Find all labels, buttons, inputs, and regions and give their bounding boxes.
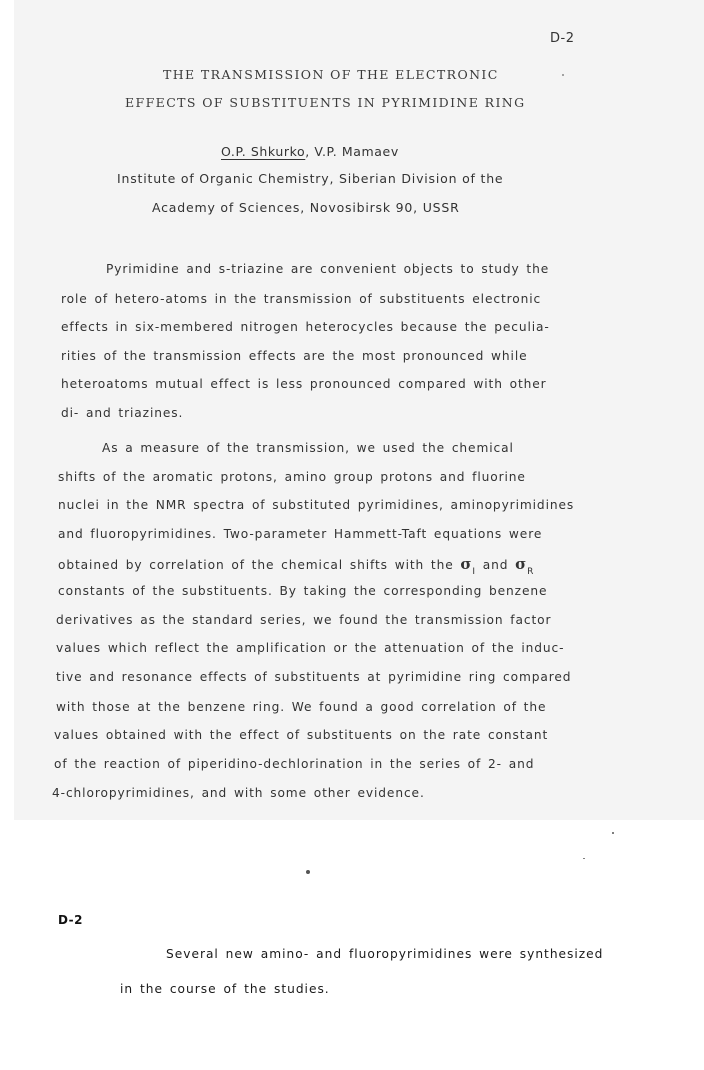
body-line: Pyrimidine and s-triazine are convenient… [106, 262, 549, 276]
lower-body-line: Several new amino- and fluoropyrimidines… [166, 947, 603, 961]
body-line-sigma: obtained by correlation of the chemical … [58, 555, 534, 577]
body-line: 4-chloropyrimidines, and with some other… [52, 786, 425, 800]
page-code-bottom: D-2 [58, 913, 83, 927]
second-author: V.P. Mamaev [314, 144, 398, 159]
body-line: effects in six-membered nitrogen heteroc… [61, 320, 550, 334]
sigma-resonance-symbol: σ [515, 555, 527, 573]
body-line: derivatives as the standard series, we f… [56, 613, 551, 627]
body-line: and fluoropyrimidines. Two-parameter Ham… [58, 527, 542, 541]
body-line: As a measure of the transmission, we use… [102, 441, 514, 455]
scanned-page-lower [0, 820, 704, 1070]
scan-speck [306, 870, 310, 874]
body-line: shifts of the aromatic protons, amino gr… [58, 470, 526, 484]
page-code-top: D-2 [550, 31, 574, 46]
body-line: of the reaction of piperidino-dechlorina… [54, 757, 534, 771]
affiliation-line-2: Academy of Sciences, Novosibirsk 90, USS… [152, 200, 460, 215]
body-line: role of hetero-atoms in the transmission… [61, 292, 541, 306]
scan-speck [612, 832, 614, 834]
scan-speck [583, 858, 585, 859]
body-line: tive and resonance effects of substituen… [56, 670, 571, 684]
first-author: O.P. Shkurko [221, 144, 305, 159]
sigma-resonance-subscript: R [527, 567, 534, 577]
sigma-inductive-symbol: σ [460, 555, 472, 573]
sigma-line-text-before: obtained by correlation of the chemical … [58, 558, 460, 572]
body-line: constants of the substituents. By taking… [58, 584, 547, 598]
body-line: values obtained with the effect of subst… [54, 728, 548, 742]
lower-body-line: in the course of the studies. [120, 982, 330, 996]
title-line-1: THE TRANSMISSION OF THE ELECTRONIC [163, 67, 499, 82]
affiliation-line-1: Institute of Organic Chemistry, Siberian… [117, 171, 503, 186]
body-line: rities of the transmission effects are t… [61, 349, 528, 363]
body-line: di- and triazines. [61, 406, 183, 420]
body-line: with those at the benzene ring. We found… [56, 700, 546, 714]
scan-speck [562, 74, 564, 76]
body-line: values which reflect the amplification o… [56, 641, 564, 655]
title-line-2: EFFECTS OF SUBSTITUENTS IN PYRIMIDINE RI… [125, 95, 526, 110]
body-line: heteroatoms mutual effect is less pronou… [61, 377, 547, 391]
authors-line: O.P. Shkurko, V.P. Mamaev [221, 144, 399, 159]
sigma-line-text-middle: and [476, 558, 515, 572]
body-line: nuclei in the NMR spectra of substituted… [58, 498, 574, 512]
